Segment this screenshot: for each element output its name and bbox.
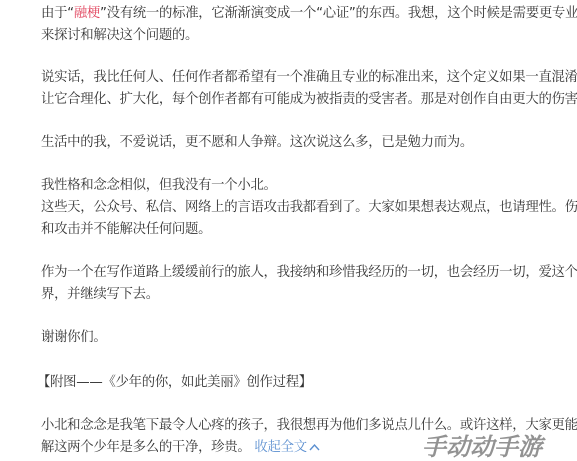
paragraph-5-line-2: 界，并继续写下去。 <box>41 284 577 306</box>
highlight-term: 融梗 <box>74 6 100 21</box>
paragraph-5: 作为一个在写作道路上缓缓前行的旅人，我接纳和珍惜我经历的一切，也会经历一切，爱这… <box>41 262 577 306</box>
paragraph-1-line-1: 由于“融梗”没有统一的标准，它渐渐演变成一个“心证”的东西。我想，这个时候是需要… <box>41 3 577 25</box>
watermark: 手动动手游 <box>422 427 542 461</box>
paragraph-2: 说实话，我比任何人、任何作者都希望有一个准确且专业的标准出来，这个定义如果一直混… <box>41 67 577 111</box>
paragraph-6: 谢谢你们。 <box>41 327 106 349</box>
paragraph-5-line-1: 作为一个在写作道路上缓缓前行的旅人，我接纳和珍惜我经历的一切，也会经历一切，爱这… <box>41 262 577 284</box>
paragraph-1-line-2: 来探讨和解决这个问题的。 <box>41 25 577 47</box>
paragraph-2-line-2: 让它合理化、扩大化，每个创作者都有可能成为被指责的受害者。那是对创作自由更大的伤… <box>41 89 577 111</box>
paragraph-4-line-3: 和攻击并不能解决任何问题。 <box>41 219 577 241</box>
collapse-full-text-link[interactable]: 收起全文 <box>254 440 319 455</box>
paragraph-7: 【附图——《少年的你，如此美丽》创作过程】 <box>37 372 312 394</box>
paragraph-3-line-1: 生活中的我，不爱说话，更不愿和人争辩。这次说这么多，已是勉力而为。 <box>41 132 473 154</box>
paragraph-4-line-1: 我性格和念念相似，但我没有一个小北。 <box>41 175 577 197</box>
paragraph-4-line-2: 这些天，公众号、私信、网络上的言语攻击我都看到了。大家如果想表达观点，也请理性。… <box>41 197 577 219</box>
figure-caption: 【附图——《少年的你，如此美丽》创作过程】 <box>37 372 312 394</box>
paragraph-3: 生活中的我，不爱说话，更不愿和人争辩。这次说这么多，已是勉力而为。 <box>41 132 473 154</box>
paragraph-4: 我性格和念念相似，但我没有一个小北。 这些天，公众号、私信、网络上的言语攻击我都… <box>41 175 577 241</box>
paragraph-6-line-1: 谢谢你们。 <box>41 327 106 349</box>
paragraph-2-line-1: 说实话，我比任何人、任何作者都希望有一个准确且专业的标准出来，这个定义如果一直混… <box>41 67 577 89</box>
chevron-up-icon <box>307 440 320 455</box>
paragraph-1: 由于“融梗”没有统一的标准，它渐渐演变成一个“心证”的东西。我想，这个时候是需要… <box>41 3 577 47</box>
